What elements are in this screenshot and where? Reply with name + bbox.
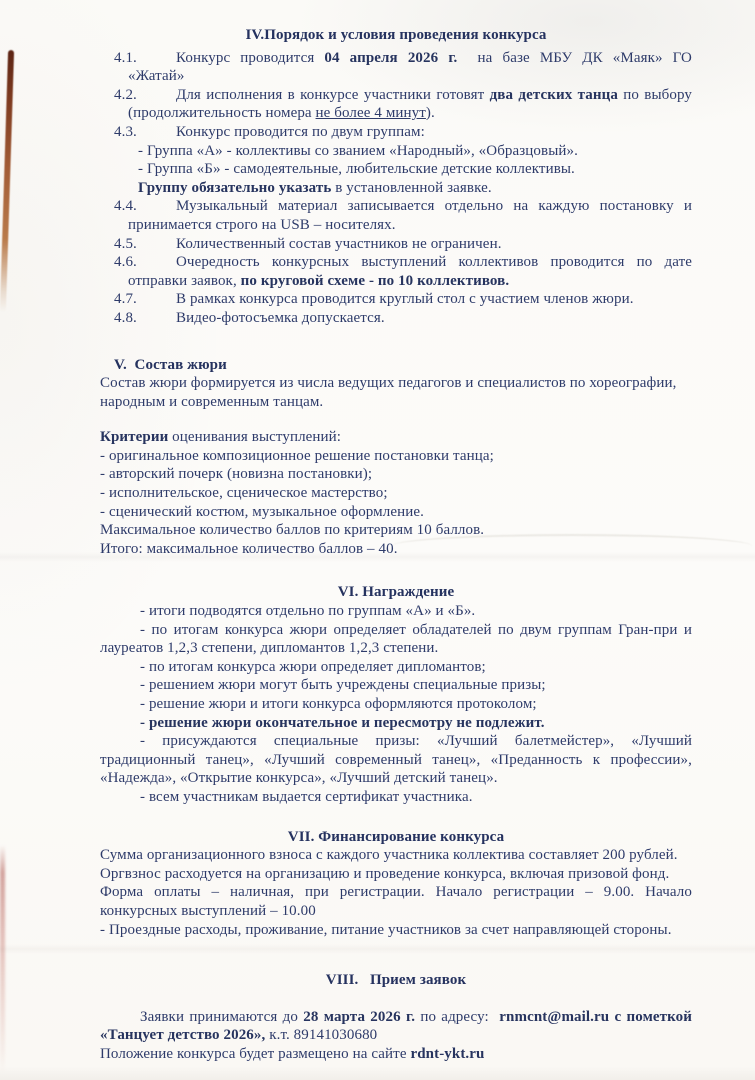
text-run: - авторский почерк (новизна постановки); xyxy=(100,466,372,482)
text-run: два детских танца xyxy=(490,87,618,103)
paragraph: Критерии оценивания выступлений: xyxy=(100,428,692,447)
section-heading: VII. Финансирование конкурса xyxy=(100,828,692,847)
text-run: - всем участникам выдается сертификат уч… xyxy=(140,789,473,805)
item-number: 4.4. xyxy=(114,197,176,216)
indented-paragraph: - решением жюри могут быть учреждены спе… xyxy=(100,676,692,695)
indented-paragraph: Заявки принимаются до 28 марта 2026 г. п… xyxy=(100,1008,692,1045)
scan-bottom-shadow xyxy=(0,1066,755,1080)
sub-item: - Группа «Б» - самодеятельные, любительс… xyxy=(138,160,692,179)
sub-item: - Группа «А» - коллективы со званием «На… xyxy=(138,142,692,161)
paragraph: - авторский почерк (новизна постановки); xyxy=(100,465,692,484)
text-run: в установленной заявке. xyxy=(331,180,491,196)
paragraph: - исполнительское, сценическое мастерств… xyxy=(100,484,692,503)
text-run: Итого: максимальное количество баллов – … xyxy=(100,541,398,557)
section-heading: VI. Награждение xyxy=(100,583,692,602)
text-run: - Проездные расходы, проживание, питание… xyxy=(100,922,672,938)
paragraph: Форма оплаты – наличная, при регистрации… xyxy=(100,883,692,920)
item-number: 4.2. xyxy=(114,86,176,105)
text-run: по адресу: xyxy=(415,1009,499,1025)
text-run: - по итогам конкурса жюри определяет дип… xyxy=(140,659,486,675)
text-run: на базе МБУ ДК «Маяк» ГО xyxy=(457,50,692,66)
numbered-item: 4.8.Видео-фотосъемка допускается. xyxy=(128,309,692,328)
section-heading: IV.Порядок и условия проведения конкурса xyxy=(100,26,692,45)
text-run: ). xyxy=(426,105,435,121)
numbered-item: 4.4.Музыкальный материал записывается от… xyxy=(128,197,692,234)
section-v-jury: V. Состав жюриСостав жюри формируется из… xyxy=(100,356,692,559)
text-run: - решение жюри и итоги конкурса оформляю… xyxy=(140,696,537,712)
text-run: Количественный состав участников не огра… xyxy=(176,236,502,252)
numbered-item: 4.1.Конкурс проводится 04 апреля 2026 г.… xyxy=(128,49,692,86)
numbered-item: 4.3.Конкурс проводится по двум группам: xyxy=(128,123,692,142)
text-run: Положение конкурса будет размещено на са… xyxy=(100,1046,410,1062)
text-run: - Группа «Б» - самодеятельные, любительс… xyxy=(138,161,575,177)
text-run: - по итогам конкурса жюри определяет обл… xyxy=(100,622,692,657)
text-run: Музыкальный материал записывается отдель… xyxy=(128,198,692,233)
sub-item: Группу обязательно указать в установленн… xyxy=(138,179,692,198)
numbered-item: 4.2.Для исполнения в конкурсе участники … xyxy=(128,86,692,123)
text-run: 04 апреля 2026 г. xyxy=(324,50,457,66)
item-number: 4.3. xyxy=(114,123,176,142)
indented-paragraph: - решение жюри и итоги конкурса оформляю… xyxy=(100,695,692,714)
text-run: - присуждаются специальные призы: «Лучши… xyxy=(100,733,692,786)
section-heading: VIII. Прием заявок xyxy=(100,971,692,990)
text-run: Состав жюри формируется из числа ведущих… xyxy=(100,375,676,410)
item-number: 4.5. xyxy=(114,235,176,254)
text-run: Критерии xyxy=(100,429,168,445)
section-vii-financing: VII. Финансирование конкурсаСумма органи… xyxy=(100,828,692,940)
numbered-item: 4.5.Количественный состав участников не … xyxy=(128,235,692,254)
section-vi-awards: VI. Награждение- итоги подводятся отдель… xyxy=(100,583,692,806)
text-run: оценивания выступлений: xyxy=(168,429,341,445)
section-iv-procedure: IV.Порядок и условия проведения конкурса… xyxy=(100,26,692,328)
text-run: - итоги подводятся отдельно по группам «… xyxy=(140,603,475,619)
paragraph: - Проездные расходы, проживание, питание… xyxy=(100,921,692,940)
text-run: не более 4 минут xyxy=(316,105,426,121)
text-run: - сценический костюм, музыкальное оформл… xyxy=(100,504,424,520)
indented-paragraph: - решение жюри окончательное и пересмотр… xyxy=(100,714,692,733)
text-run: Заявки принимаются до xyxy=(140,1009,303,1025)
scan-edge-brown-artifact xyxy=(0,50,14,312)
text-run: к.т. 89141030680 xyxy=(265,1027,377,1043)
item-number: 4.8. xyxy=(114,309,176,328)
paragraph: Состав жюри формируется из числа ведущих… xyxy=(100,374,692,411)
indented-paragraph: - всем участникам выдается сертификат уч… xyxy=(100,788,692,807)
text-run: - решение жюри окончательное и пересмотр… xyxy=(140,715,545,731)
text-run: - решением жюри могут быть учреждены спе… xyxy=(140,677,546,693)
text-run: - исполнительское, сценическое мастерств… xyxy=(100,485,388,501)
paragraph: Максимальное количество баллов по критер… xyxy=(100,521,692,540)
text-run: Для исполнения в конкурсе участники гото… xyxy=(176,87,490,103)
text-run: В рамках конкурса проводится круглый сто… xyxy=(176,291,634,307)
text-run: Оргвзнос расходуется на организацию и пр… xyxy=(100,866,669,882)
section-heading: V. Состав жюри xyxy=(114,356,692,375)
item-number: 4.7. xyxy=(114,290,176,309)
text-run: Конкурс проводится по двум группам: xyxy=(176,124,425,140)
paragraph: Положение конкурса будет размещено на са… xyxy=(100,1045,692,1064)
numbered-item: 4.6.Очередность конкурсных выступлений к… xyxy=(128,253,692,290)
paragraph: Итого: максимальное количество баллов – … xyxy=(100,540,692,559)
item-number: 4.6. xyxy=(114,253,176,272)
indented-paragraph: - итоги подводятся отдельно по группам «… xyxy=(100,602,692,621)
paragraph: Оргвзнос расходуется на организацию и пр… xyxy=(100,865,692,884)
paragraph: - сценический костюм, музыкальное оформл… xyxy=(100,503,692,522)
text-run: - оригинальное композиционное решение по… xyxy=(100,448,494,464)
indented-paragraph: - присуждаются специальные призы: «Лучши… xyxy=(100,732,692,788)
indented-paragraph: - по итогам конкурса жюри определяет обл… xyxy=(100,621,692,658)
numbered-item: 4.7.В рамках конкурса проводится круглый… xyxy=(128,290,692,309)
text-run: Форма оплаты – наличная, при регистрации… xyxy=(100,884,692,919)
paragraph: - оригинальное композиционное решение по… xyxy=(100,447,692,466)
text-run: Видео-фотосъемка допускается. xyxy=(176,310,385,326)
scan-edge-pink-artifact xyxy=(0,845,5,1073)
item-number: 4.1. xyxy=(114,49,176,68)
section-viii-applications: VIII. Прием заявокЗаявки принимаются до … xyxy=(100,971,692,1063)
text-run: «Жатай» xyxy=(128,68,184,84)
text-run: rdnt-ykt.ru xyxy=(410,1046,484,1062)
paragraph: Сумма организационного взноса с каждого … xyxy=(100,846,692,865)
document-content: IV.Порядок и условия проведения конкурса… xyxy=(100,26,692,1064)
text-run: - Группа «А» - коллективы со званием «На… xyxy=(138,143,578,159)
text-run: Конкурс проводится xyxy=(176,50,324,66)
scanned-document-page: IV.Порядок и условия проведения конкурса… xyxy=(0,0,755,1080)
text-run: Группу обязательно указать xyxy=(138,180,331,196)
indented-paragraph: - по итогам конкурса жюри определяет дип… xyxy=(100,658,692,677)
text-run: Сумма организационного взноса с каждого … xyxy=(100,847,678,863)
text-run: по круговой схеме - по 10 коллективов. xyxy=(241,273,510,289)
text-run: Максимальное количество баллов по критер… xyxy=(100,522,484,538)
text-run: 28 марта 2026 г. xyxy=(303,1009,415,1025)
